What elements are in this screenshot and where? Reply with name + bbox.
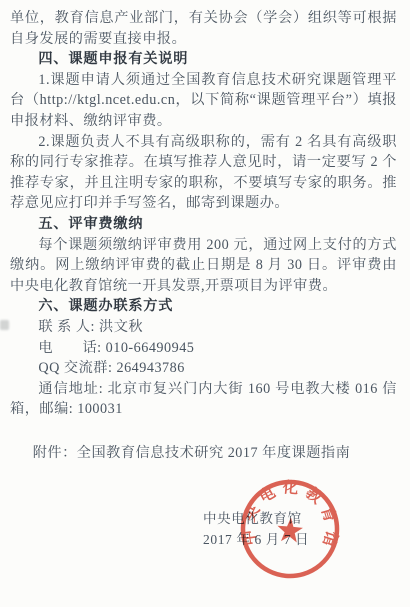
contact-line-phone: 电 话: 010-66490945 xyxy=(10,338,397,359)
paragraph-application-note-1: 1.课题申请人须通过全国教育信息技术研究课题管理平台（http://ktgl.n… xyxy=(10,70,397,132)
section-heading-5: 五、评审费缴纳 xyxy=(10,214,397,235)
signature-org: 中央电化教育馆 xyxy=(203,508,309,529)
paragraph-application-note-2: 2.课题负责人不具有高级职称的，需有 2 名具有高级职称的同行专家推荐。在填写推… xyxy=(10,132,397,214)
document-page: 单位，教育信息产业部门，有关协会（学会）组织等可根据自身发展的需要直接申报。 四… xyxy=(0,0,410,607)
contact-line-person: 联 系 人: 洪文秋 xyxy=(10,317,397,338)
attachment-line: 附件：全国教育信息技术研究 2017 年度课题指南 xyxy=(10,443,397,464)
signature-block: 中央电化教育馆 2017 年 6 月 7 日 xyxy=(203,508,309,550)
paragraph-review-fee: 每个课题须缴纳评审费用 200 元，通过网上支付的方式缴纳。网上缴纳评审费的截止… xyxy=(10,235,397,297)
contact-line-qq-group: QQ 交流群: 264943786 xyxy=(10,358,397,379)
scan-smudge xyxy=(0,320,9,330)
section-heading-4: 四、课题申报有关说明 xyxy=(10,49,397,70)
section-heading-6: 六、课题办联系方式 xyxy=(10,296,397,317)
signature-date: 2017 年 6 月 7 日 xyxy=(203,529,309,550)
contact-line-address: 通信地址: 北京市复兴门内大街 160 号电教大楼 016 信箱，邮编: 100… xyxy=(10,379,397,420)
paragraph-intro-continuation: 单位，教育信息产业部门，有关协会（学会）组织等可根据自身发展的需要直接申报。 xyxy=(10,8,397,49)
